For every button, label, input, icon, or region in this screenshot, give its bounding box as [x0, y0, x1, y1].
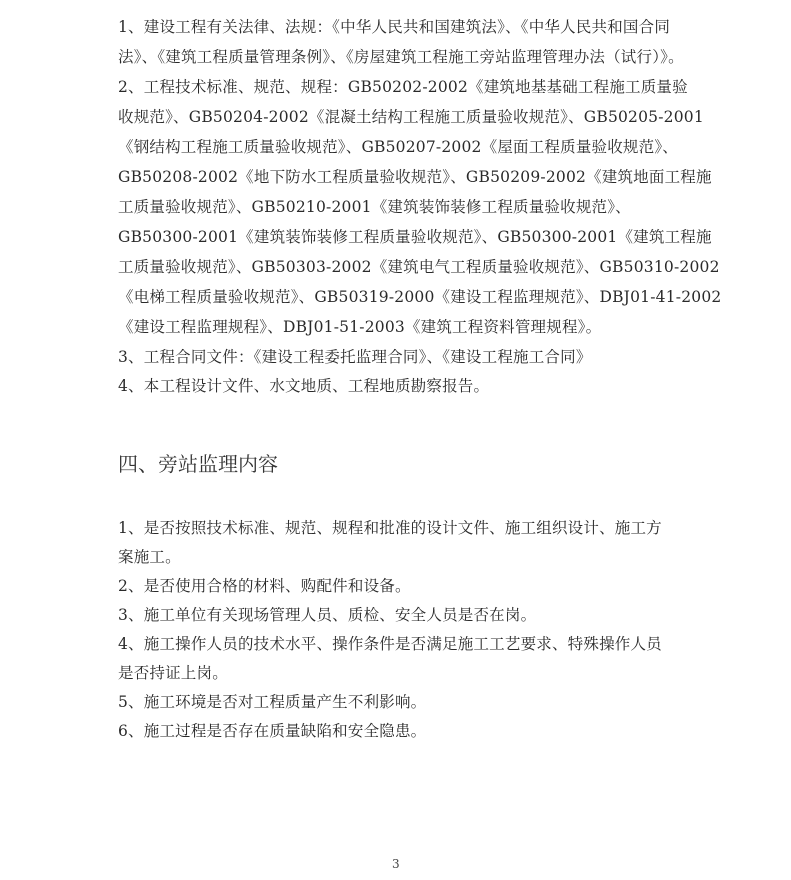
- content-line: 2、是否使用合格的材料、购配件和设备。: [118, 576, 674, 596]
- content-line: 案施工。: [118, 547, 674, 567]
- section-heading: 四、旁站监理内容: [118, 451, 278, 477]
- basis-line: 《建设工程监理规程》、DBJ01-51-2003《建筑工程资料管理规程》。: [118, 317, 674, 337]
- basis-line: 工质量验收规范》、GB50210-2001《建筑装饰装修工程质量验收规范》、: [118, 197, 674, 217]
- content-line: 5、施工环境是否对工程质量产生不利影响。: [118, 692, 674, 712]
- content-line: 4、施工操作人员的技术水平、操作条件是否满足施工工艺要求、特殊操作人员: [118, 634, 674, 654]
- basis-line: GB50300-2001《建筑装饰装修工程质量验收规范》、GB50300-200…: [118, 227, 674, 247]
- basis-line: GB50208-2002《地下防水工程质量验收规范》、GB50209-2002《…: [118, 167, 674, 187]
- basis-line: 3、工程合同文件：《建设工程委托监理合同》、《建设工程施工合同》: [118, 347, 674, 367]
- page-number: 3: [392, 857, 400, 871]
- content-line: 是否持证上岗。: [118, 663, 674, 683]
- document-page: 1、建设工程有关法律、法规：《中华人民共和国建筑法》、《中华人民共和国合同 法》…: [0, 0, 791, 880]
- content-line: 3、施工单位有关现场管理人员、质检、安全人员是否在岗。: [118, 605, 674, 625]
- basis-line: 收规范》、GB50204-2002《混凝土结构工程施工质量验收规范》、GB502…: [118, 107, 674, 127]
- basis-line: 《电梯工程质量验收规范》、GB50319-2000《建设工程监理规范》、DBJ0…: [118, 287, 674, 307]
- basis-line: 4、本工程设计文件、水文地质、工程地质勘察报告。: [118, 376, 674, 396]
- basis-line: 法》、《建筑工程质量管理条例》、《房屋建筑工程施工旁站监理管理办法（试行）》。: [118, 47, 674, 67]
- basis-line: 1、建设工程有关法律、法规：《中华人民共和国建筑法》、《中华人民共和国合同: [118, 17, 674, 37]
- content-line: 6、施工过程是否存在质量缺陷和安全隐患。: [118, 721, 674, 741]
- basis-line: 《钢结构工程施工质量验收规范》、GB50207-2002《屋面工程质量验收规范》…: [118, 137, 674, 157]
- basis-line: 工质量验收规范》、GB50303-2002《建筑电气工程质量验收规范》、GB50…: [118, 257, 674, 277]
- content-line: 1、是否按照技术标准、规范、规程和批准的设计文件、施工组织设计、施工方: [118, 518, 674, 538]
- basis-line: 2、工程技术标准、规范、规程：GB50202-2002《建筑地基基础工程施工质量…: [118, 77, 674, 97]
